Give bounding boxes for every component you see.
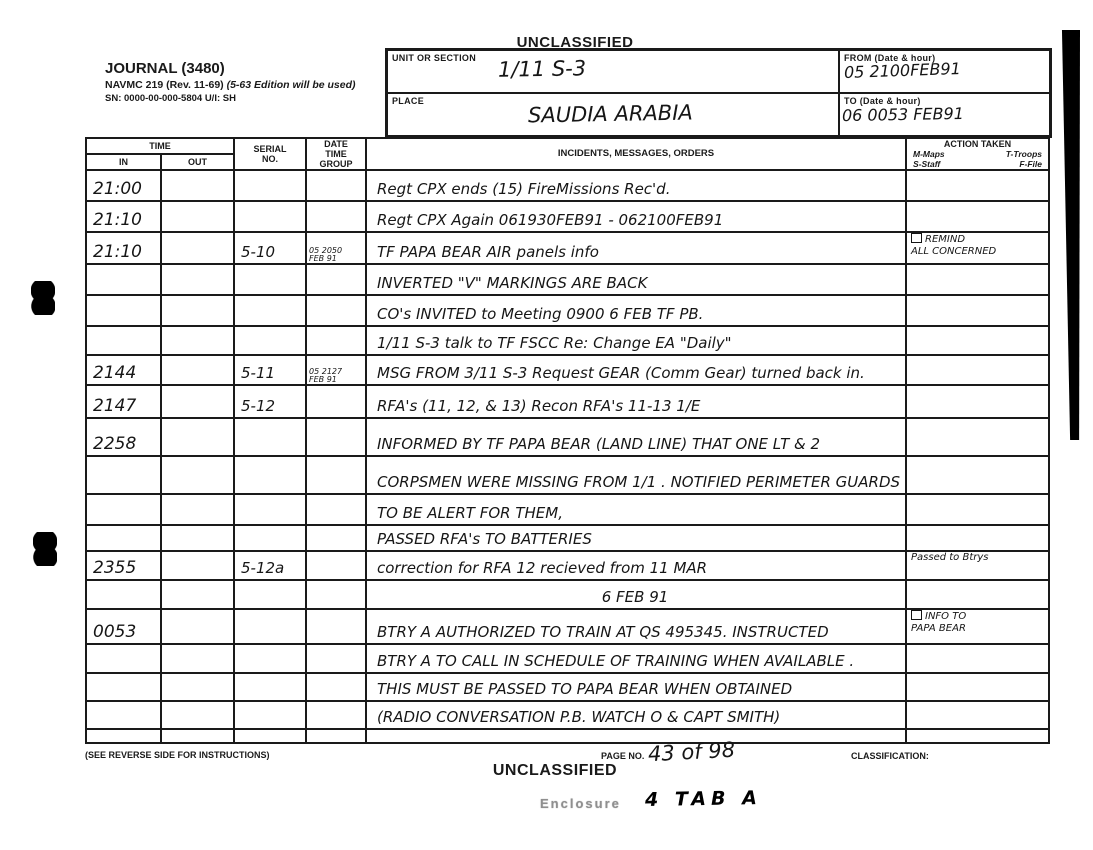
time-in-cell: 21:00 (86, 170, 161, 201)
action-cell: INFO TOPAPA BEAR (906, 609, 1049, 644)
incident-cell: THIS MUST BE PASSED TO PAPA BEAR WHEN OB… (366, 673, 906, 701)
dtg-cell (306, 701, 366, 729)
journal-row: THIS MUST BE PASSED TO PAPA BEAR WHEN OB… (86, 673, 1049, 701)
journal-row: 21:00Regt CPX ends (15) FireMissions Rec… (86, 170, 1049, 201)
incident-text: 1/11 S-3 talk to TF FSCC Re: Change EA "… (367, 334, 905, 354)
scan-artifact-blob (31, 281, 55, 315)
serial-cell (234, 525, 306, 551)
time-in-cell (86, 525, 161, 551)
action-cell: REMINDALL CONCERNED (906, 232, 1049, 264)
journal-row: 21:105-1005 2050FEB 91TF PAPA BEAR AIR p… (86, 232, 1049, 264)
time-in-cell: 2355 (86, 551, 161, 580)
incidents-header: INCIDENTS, MESSAGES, ORDERS (366, 138, 906, 170)
time-in-header: IN (86, 154, 161, 170)
classification-footer: UNCLASSIFIED (430, 762, 680, 780)
incident-cell: Regt CPX Again 061930FEB91 - 062100FEB91 (366, 201, 906, 232)
journal-row: 1/11 S-3 talk to TF FSCC Re: Change EA "… (86, 326, 1049, 355)
action-text: Passed to Btrys (907, 552, 1048, 564)
time-out-cell (161, 644, 234, 673)
enclosure-stamp: Enclosure (540, 796, 621, 811)
dtg-cell (306, 326, 366, 355)
incident-text: BTRY A TO CALL IN SCHEDULE OF TRAINING W… (367, 652, 905, 672)
incident-text: CO's INVITED to Meeting 0900 6 FEB TF PB… (367, 305, 905, 325)
incident-text: TO BE ALERT FOR THEM, (367, 504, 905, 524)
dtg-cell (306, 295, 366, 326)
journal-row: PASSED RFA's TO BATTERIES (86, 525, 1049, 551)
serial-cell (234, 701, 306, 729)
dtg-cell (306, 551, 366, 580)
action-cell (906, 729, 1049, 743)
incident-text: correction for RFA 12 recieved from 11 M… (367, 559, 905, 579)
journal-row: 2258INFORMED BY TF PAPA BEAR (LAND LINE)… (86, 418, 1049, 456)
serial-cell: 5-10 (234, 232, 306, 264)
action-taken-legend-row2: S-Staff F-File (907, 159, 1048, 169)
time-in-cell (86, 729, 161, 743)
incident-cell: 1/11 S-3 talk to TF FSCC Re: Change EA "… (366, 326, 906, 355)
time-header: TIME (86, 138, 234, 154)
time-in-cell (86, 456, 161, 494)
dtg-cell: 05 2127FEB 91 (306, 355, 366, 385)
incident-text: (RADIO CONVERSATION P.B. WATCH O & CAPT … (367, 708, 905, 728)
action-cell (906, 295, 1049, 326)
scan-artifact-bar (1058, 30, 1080, 440)
incident-text: 6 FEB 91 (367, 588, 905, 608)
incident-cell: correction for RFA 12 recieved from 11 M… (366, 551, 906, 580)
time-out-cell (161, 295, 234, 326)
form-title: JOURNAL (3480) (105, 60, 395, 77)
serial-cell (234, 673, 306, 701)
incident-cell: TF PAPA BEAR AIR panels info (366, 232, 906, 264)
incident-cell: CO's INVITED to Meeting 0900 6 FEB TF PB… (366, 295, 906, 326)
action-cell (906, 525, 1049, 551)
serial-cell (234, 264, 306, 295)
time-in-cell: 21:10 (86, 201, 161, 232)
time-out-cell (161, 701, 234, 729)
incident-text: BTRY A AUTHORIZED TO TRAIN AT QS 495345.… (367, 623, 905, 643)
time-in-cell (86, 494, 161, 525)
action-cell (906, 264, 1049, 295)
unit-or-section-value: 1/11 S-3 (498, 56, 587, 82)
journal-row: 21475-12RFA's (11, 12, & 13) Recon RFA's… (86, 385, 1049, 418)
form-id-block: JOURNAL (3480) NAVMC 219 (Rev. 11-69) (5… (105, 60, 395, 104)
journal-row: 21445-1105 2127FEB 91MSG FROM 3/11 S-3 R… (86, 355, 1049, 385)
dtg-cell (306, 580, 366, 609)
time-out-cell (161, 609, 234, 644)
journal-rows: 21:00Regt CPX ends (15) FireMissions Rec… (86, 170, 1049, 743)
action-text: INFO TO (907, 610, 1048, 623)
serial-no-header: SERIAL NO. (234, 138, 306, 170)
action-cell: Passed to Btrys (906, 551, 1049, 580)
journal-row: 0053BTRY A AUTHORIZED TO TRAIN AT QS 495… (86, 609, 1049, 644)
action-cell (906, 385, 1049, 418)
incident-cell: PASSED RFA's TO BATTERIES (366, 525, 906, 551)
incident-text (367, 740, 905, 742)
action-text: REMIND (907, 233, 1048, 246)
header-fields: UNIT OR SECTION 1/11 S-3 FROM (Date & ho… (385, 48, 1052, 138)
serial-cell (234, 644, 306, 673)
journal-row: CO's INVITED to Meeting 0900 6 FEB TF PB… (86, 295, 1049, 326)
to-field: TO (Date & hour) 06 0053 FEB91 (839, 93, 1050, 136)
time-out-cell (161, 580, 234, 609)
action-taken-title: ACTION TAKEN (907, 139, 1048, 149)
incident-cell: (RADIO CONVERSATION P.B. WATCH O & CAPT … (366, 701, 906, 729)
serial-cell (234, 580, 306, 609)
form-stock-number: SN: 0000-00-000-5804 U/I: SH (105, 93, 395, 104)
time-out-cell (161, 729, 234, 743)
time-out-cell (161, 326, 234, 355)
serial-cell (234, 295, 306, 326)
time-out-cell (161, 418, 234, 456)
dtg-cell (306, 525, 366, 551)
incident-cell: BTRY A AUTHORIZED TO TRAIN AT QS 495345.… (366, 609, 906, 644)
time-in-cell: 0053 (86, 609, 161, 644)
incident-text: INFORMED BY TF PAPA BEAR (LAND LINE) THA… (367, 435, 905, 455)
time-out-cell (161, 494, 234, 525)
dtg-cell (306, 201, 366, 232)
action-cell (906, 673, 1049, 701)
time-out-cell (161, 673, 234, 701)
to-value: 06 0053 FEB91 (842, 104, 964, 125)
action-taken-header: ACTION TAKEN M-Maps T-Troops S-Staff F-F… (906, 138, 1049, 170)
place-value: SAUDIA ARABIA (528, 101, 693, 128)
incident-text: MSG FROM 3/11 S-3 Request GEAR (Comm Gea… (367, 364, 905, 384)
time-in-cell (86, 264, 161, 295)
action-taken-legend-row1: M-Maps T-Troops (907, 149, 1048, 159)
action-cell (906, 170, 1049, 201)
incident-cell: 6 FEB 91 (366, 580, 906, 609)
serial-cell (234, 494, 306, 525)
action-staff-label: S-Staff (913, 159, 940, 169)
checkbox-icon (911, 610, 922, 620)
time-out-cell (161, 201, 234, 232)
incident-text: TF PAPA BEAR AIR panels info (367, 243, 905, 263)
time-in-cell (86, 295, 161, 326)
time-out-cell (161, 355, 234, 385)
time-in-cell (86, 326, 161, 355)
from-value: 05 2100FEB91 (844, 59, 961, 82)
page-no-label: PAGE NO. (601, 751, 644, 761)
incident-cell: Regt CPX ends (15) FireMissions Rec'd. (366, 170, 906, 201)
dtg-cell (306, 729, 366, 743)
form-edition-note: (5-63 Edition will be used) (227, 79, 356, 91)
action-cell (906, 201, 1049, 232)
incident-text: Regt CPX ends (15) FireMissions Rec'd. (367, 180, 905, 200)
time-out-cell (161, 170, 234, 201)
action-troops-label: T-Troops (1006, 149, 1042, 159)
incident-cell: TO BE ALERT FOR THEM, (366, 494, 906, 525)
incident-text: Regt CPX Again 061930FEB91 - 062100FEB91 (367, 211, 905, 231)
time-out-cell (161, 551, 234, 580)
journal-row: TO BE ALERT FOR THEM, (86, 494, 1049, 525)
serial-cell: 5-12a (234, 551, 306, 580)
time-in-cell (86, 673, 161, 701)
action-cell (906, 326, 1049, 355)
time-in-cell: 21:10 (86, 232, 161, 264)
action-file-label: F-File (1019, 159, 1042, 169)
serial-cell (234, 201, 306, 232)
action-cell (906, 418, 1049, 456)
incident-text: PASSED RFA's TO BATTERIES (367, 530, 905, 550)
action-cell (906, 644, 1049, 673)
date-time-group-header: DATE TIME GROUP (306, 138, 366, 170)
action-cell (906, 456, 1049, 494)
journal-table-header: TIME SERIAL NO. DATE TIME GROUP INCIDENT… (86, 138, 1049, 170)
incident-cell: RFA's (11, 12, & 13) Recon RFA's 11-13 1… (366, 385, 906, 418)
dtg-cell (306, 609, 366, 644)
time-out-cell (161, 264, 234, 295)
place-label: PLACE (392, 96, 424, 106)
dtg-cell (306, 170, 366, 201)
incident-text: THIS MUST BE PASSED TO PAPA BEAR WHEN OB… (367, 680, 905, 700)
time-in-cell (86, 644, 161, 673)
scan-artifact-blob (33, 532, 57, 566)
classification-label: CLASSIFICATION: (851, 751, 929, 761)
time-in-cell: 2147 (86, 385, 161, 418)
incident-text: CORPSMEN WERE MISSING FROM 1/1 . NOTIFIE… (367, 473, 905, 493)
time-in-cell (86, 701, 161, 729)
incident-cell: INFORMED BY TF PAPA BEAR (LAND LINE) THA… (366, 418, 906, 456)
action-maps-label: M-Maps (913, 149, 945, 159)
action-cell (906, 701, 1049, 729)
journal-row: BTRY A TO CALL IN SCHEDULE OF TRAINING W… (86, 644, 1049, 673)
incident-cell: CORPSMEN WERE MISSING FROM 1/1 . NOTIFIE… (366, 456, 906, 494)
dtg-cell (306, 494, 366, 525)
serial-cell (234, 456, 306, 494)
journal-row (86, 729, 1049, 743)
incident-cell: BTRY A TO CALL IN SCHEDULE OF TRAINING W… (366, 644, 906, 673)
from-field: FROM (Date & hour) 05 2100FEB91 (839, 50, 1050, 93)
serial-cell (234, 418, 306, 456)
dtg-cell (306, 418, 366, 456)
time-out-header: OUT (161, 154, 234, 170)
journal-row: (RADIO CONVERSATION P.B. WATCH O & CAPT … (86, 701, 1049, 729)
serial-cell (234, 326, 306, 355)
serial-cell (234, 729, 306, 743)
journal-row: CORPSMEN WERE MISSING FROM 1/1 . NOTIFIE… (86, 456, 1049, 494)
time-in-cell: 2144 (86, 355, 161, 385)
action-cell (906, 580, 1049, 609)
serial-cell (234, 170, 306, 201)
tab-annotation: 4 TAB A (645, 787, 762, 811)
journal-row: 21:10Regt CPX Again 061930FEB91 - 062100… (86, 201, 1049, 232)
time-out-cell (161, 456, 234, 494)
form-subtitle: NAVMC 219 (Rev. 11-69) (5-63 Edition wil… (105, 79, 395, 91)
unit-or-section-field: UNIT OR SECTION 1/11 S-3 (387, 50, 839, 93)
time-out-cell (161, 525, 234, 551)
serial-cell: 5-11 (234, 355, 306, 385)
action-cell (906, 355, 1049, 385)
place-field: PLACE SAUDIA ARABIA (387, 93, 839, 136)
checkbox-icon (911, 233, 922, 243)
action-text: ALL CONCERNED (907, 246, 1048, 258)
incident-cell: INVERTED "V" MARKINGS ARE BACK (366, 264, 906, 295)
action-cell (906, 494, 1049, 525)
journal-row: INVERTED "V" MARKINGS ARE BACK (86, 264, 1049, 295)
incident-cell: MSG FROM 3/11 S-3 Request GEAR (Comm Gea… (366, 355, 906, 385)
incident-cell (366, 729, 906, 743)
incident-text: INVERTED "V" MARKINGS ARE BACK (367, 274, 905, 294)
form-number: NAVMC 219 (Rev. 11-69) (105, 79, 224, 91)
time-out-cell (161, 385, 234, 418)
time-in-cell: 2258 (86, 418, 161, 456)
incident-text: RFA's (11, 12, & 13) Recon RFA's 11-13 1… (367, 397, 905, 417)
time-in-cell (86, 580, 161, 609)
unit-or-section-label: UNIT OR SECTION (392, 53, 476, 63)
journal-row: 6 FEB 91 (86, 580, 1049, 609)
journal-page: UNCLASSIFIED JOURNAL (3480) NAVMC 219 (R… (0, 0, 1093, 850)
serial-cell (234, 609, 306, 644)
reverse-side-note: (SEE REVERSE SIDE FOR INSTRUCTIONS) (85, 750, 270, 760)
dtg-cell (306, 673, 366, 701)
journal-table: TIME SERIAL NO. DATE TIME GROUP INCIDENT… (85, 137, 1050, 744)
dtg-cell (306, 264, 366, 295)
action-text: PAPA BEAR (907, 623, 1048, 635)
serial-cell: 5-12 (234, 385, 306, 418)
time-out-cell (161, 232, 234, 264)
dtg-cell (306, 644, 366, 673)
dtg-cell (306, 385, 366, 418)
dtg-cell: 05 2050FEB 91 (306, 232, 366, 264)
dtg-cell (306, 456, 366, 494)
journal-row: 23555-12acorrection for RFA 12 recieved … (86, 551, 1049, 580)
